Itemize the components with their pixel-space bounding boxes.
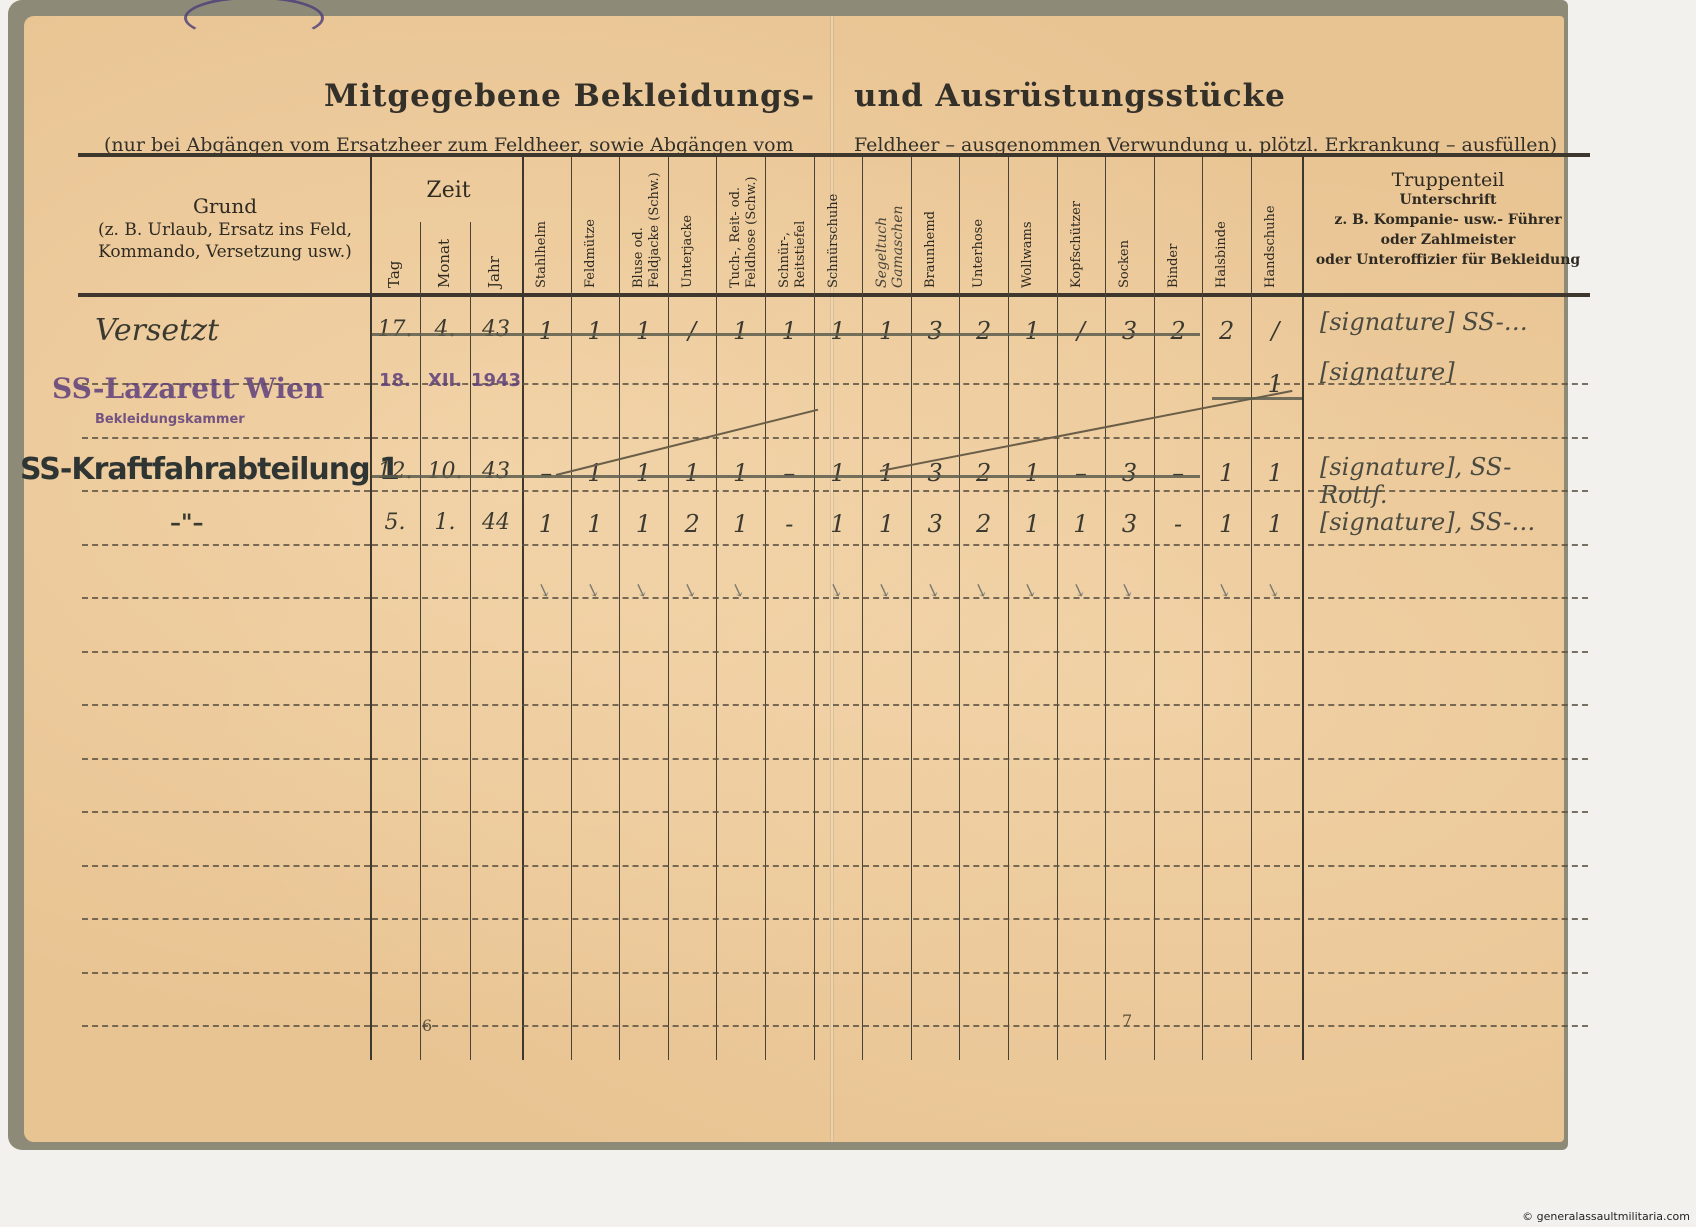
item-divider xyxy=(571,157,572,1060)
entry-quantity: 1 xyxy=(765,317,814,345)
truppenteil-divider xyxy=(1302,157,1304,1060)
row-rule xyxy=(1308,811,1588,813)
row-rule xyxy=(372,972,1300,974)
item-divider xyxy=(1057,157,1058,1060)
row-rule xyxy=(82,1025,370,1027)
entry-grund: Versetzt xyxy=(95,313,219,348)
return-check-icon: ↘ xyxy=(970,578,991,603)
entry-quantity: – xyxy=(765,459,814,487)
entry-quantity: - xyxy=(1154,510,1203,538)
entry-quantity: 1 xyxy=(619,459,668,487)
stamp-lazarett: SS-Lazarett Wien xyxy=(52,372,324,405)
item-divider xyxy=(1154,157,1155,1060)
row-rule xyxy=(82,972,370,974)
entry-quantity: 1 xyxy=(1202,510,1251,538)
entry-quantity: 3 xyxy=(911,510,960,538)
entry-quantity: 2 xyxy=(959,317,1008,345)
entry-quantity: 1 xyxy=(814,317,863,345)
entry-date: 1. xyxy=(420,510,470,535)
truppenteil-signature: [signature], SS-Rottf. xyxy=(1320,453,1564,509)
item-divider xyxy=(619,157,620,1060)
return-check-icon: ↘ xyxy=(1116,578,1137,603)
entry-quantity: 1 xyxy=(814,510,863,538)
entry-quantity: 1 xyxy=(571,510,620,538)
grund-divider xyxy=(370,157,372,1060)
entry-quantity: 1 xyxy=(1251,459,1300,487)
item-divider xyxy=(1105,157,1106,1060)
header-item: Unterhose xyxy=(971,162,987,288)
item-divider xyxy=(814,157,815,1060)
entry-quantity: / xyxy=(1251,317,1300,345)
return-check-icon: ↘ xyxy=(873,578,894,603)
entry-quantity: 3 xyxy=(1105,459,1154,487)
row-rule xyxy=(82,490,370,492)
item-divider xyxy=(765,157,766,1060)
header-item: Binder xyxy=(1166,162,1182,288)
entry-quantity: 1 xyxy=(814,459,863,487)
page-number-right: 7 xyxy=(1122,1011,1132,1030)
page-spread: Mitgegebene Bekleidungs- und Ausrüstungs… xyxy=(24,16,1564,1142)
row-rule xyxy=(82,918,370,920)
header-item: Tuch-, Reit- od. Feldhose (Schw.) xyxy=(728,162,760,288)
row-rule xyxy=(372,865,1300,867)
header-item: Kopfschützer xyxy=(1069,162,1085,288)
entry-quantity: 3 xyxy=(1105,510,1154,538)
item-divider xyxy=(1251,157,1252,1060)
entry-date: 12. xyxy=(370,459,420,484)
entry-date: 17. xyxy=(370,317,420,342)
header-item: Halsbinde xyxy=(1214,162,1230,288)
entry-quantity: 1 xyxy=(522,317,571,345)
entry-quantity: 1 xyxy=(1008,317,1057,345)
truppenteil-signature: [signature], SS-… xyxy=(1320,508,1535,536)
row-rule xyxy=(82,597,370,599)
row-rule xyxy=(82,811,370,813)
row-rule xyxy=(82,544,370,546)
stamp-kraftfahrabteilung: SS-Kraftfahrabteilung 1 xyxy=(20,452,399,487)
row-rule xyxy=(1308,597,1588,599)
entry-quantity: / xyxy=(1057,317,1106,345)
entry-quantity: 1 xyxy=(1057,510,1106,538)
entry-date: 10. xyxy=(420,459,470,484)
row-rule xyxy=(1308,704,1588,706)
row-rule xyxy=(372,437,1300,439)
entry-quantity: / xyxy=(668,317,717,345)
row-rule xyxy=(372,758,1300,760)
entry-quantity: 1 xyxy=(716,510,765,538)
entry-date: 43 xyxy=(470,317,522,342)
row-rule xyxy=(372,918,1300,920)
entry-quantity: – xyxy=(1057,459,1106,487)
entry-quantity: 2 xyxy=(959,459,1008,487)
return-check-icon: ↘ xyxy=(533,578,554,603)
header-truppenteil: TruppenteilUnterschriftz. B. Kompanie- u… xyxy=(1304,170,1592,270)
item-divider xyxy=(716,157,717,1060)
truppenteil-signature: [signature] xyxy=(1320,358,1455,386)
header-zeit-jahr: Jahr xyxy=(486,228,502,288)
entry-date: 44 xyxy=(470,510,522,535)
strike-through-line xyxy=(372,475,1200,478)
return-check-icon: ↘ xyxy=(922,578,943,603)
return-check-icon: ↘ xyxy=(581,578,602,603)
row-rule xyxy=(1308,437,1588,439)
header-item: Handschuhe xyxy=(1263,162,1279,288)
entry-quantity: 2 xyxy=(959,510,1008,538)
entry-quantity: 1 xyxy=(716,317,765,345)
entry-quantity: 1 xyxy=(668,459,717,487)
entry-quantity: 1 xyxy=(1008,459,1057,487)
entry-quantity: 1 xyxy=(1202,459,1251,487)
stamp-bekleidungskammer: Bekleidungskammer xyxy=(95,412,245,427)
header-item: Unterjacke xyxy=(680,162,696,288)
return-check-icon: ↘ xyxy=(630,578,651,603)
entry-quantity: 1 xyxy=(862,317,911,345)
entry-quantity: 2 xyxy=(668,510,717,538)
row-rule xyxy=(372,651,1300,653)
header-item: Segeltuch Gamaschen xyxy=(874,162,906,288)
item-divider xyxy=(1008,157,1009,1060)
row-rule xyxy=(372,704,1300,706)
zeit-divider xyxy=(420,222,421,1060)
item-divider xyxy=(862,157,863,1060)
row-rule xyxy=(1308,972,1588,974)
header-item: Wollwams xyxy=(1020,162,1036,288)
row-rule xyxy=(1308,651,1588,653)
header-zeit-tag: Tag xyxy=(386,228,402,288)
entry-quantity: 1 xyxy=(862,510,911,538)
row-rule xyxy=(1308,758,1588,760)
header-bottom-rule xyxy=(78,293,1590,297)
entry-quantity: 2 xyxy=(1202,317,1251,345)
item-divider xyxy=(959,157,960,1060)
copyright-watermark: © generalassaultmilitaria.com xyxy=(1522,1210,1690,1223)
entry-date: 4. xyxy=(420,317,470,342)
strike-through-line xyxy=(372,333,1200,336)
row-rule xyxy=(1308,918,1588,920)
entry-quantity: 1 xyxy=(571,317,620,345)
return-check-icon: ↘ xyxy=(1067,578,1088,603)
item-divider xyxy=(911,157,912,1060)
entry-quantity: 1 xyxy=(522,510,571,538)
return-check-icon: ↘ xyxy=(1019,578,1040,603)
entry-quantity: - xyxy=(765,510,814,538)
row-rule xyxy=(372,544,1300,546)
header-item: Braunhemd xyxy=(923,162,939,288)
row-rule xyxy=(82,758,370,760)
row-rule xyxy=(372,811,1300,813)
page-number-left: 6 xyxy=(422,1016,432,1035)
row-rule xyxy=(82,651,370,653)
entry-quantity: 1 xyxy=(716,459,765,487)
item-divider xyxy=(668,157,669,1060)
row-rule xyxy=(82,865,370,867)
header-item: Socken xyxy=(1117,162,1133,288)
header-item: Stahlhelm xyxy=(534,162,550,288)
entry-date: 18. xyxy=(370,370,420,391)
entry-quantity: 1 xyxy=(619,510,668,538)
strike-through-line xyxy=(1212,397,1302,400)
zeit-divider xyxy=(470,222,471,1060)
entry-quantity: 3 xyxy=(1105,317,1154,345)
header-item: Bluse od. Feldjacke (Schw.) xyxy=(631,162,663,288)
entry-quantity: 1 xyxy=(862,459,911,487)
header-item: Schnür-, Reitstiefel xyxy=(777,162,809,288)
return-check-icon: ↘ xyxy=(824,578,845,603)
return-check-icon: ↘ xyxy=(679,578,700,603)
entry-quantity: – xyxy=(1154,459,1203,487)
return-check-icon: ↘ xyxy=(1262,578,1283,603)
row-rule xyxy=(1308,544,1588,546)
header-top-rule xyxy=(78,153,1590,157)
row-rule xyxy=(372,1025,1300,1027)
header-item: Feldmütze xyxy=(583,162,599,288)
header-zeit-monat: Monat xyxy=(436,228,452,288)
header-item: Schnürschuhe xyxy=(826,162,842,288)
row-rule xyxy=(82,437,370,439)
entry-quantity: 1 xyxy=(1008,510,1057,538)
entry-date: 1943 xyxy=(470,370,522,391)
row-rule xyxy=(82,704,370,706)
entry-date: XII. xyxy=(420,370,470,391)
stamp-fragment xyxy=(184,0,324,40)
entry-date: 43 xyxy=(470,459,522,484)
item-divider xyxy=(1202,157,1203,1060)
row-rule xyxy=(372,490,1300,492)
row-rule xyxy=(1308,865,1588,867)
entry-date: 5. xyxy=(370,510,420,535)
header-zeit: Zeit xyxy=(372,178,525,203)
zeit-divider xyxy=(522,157,524,1060)
row-rule xyxy=(1308,1025,1588,1027)
entry-quantity: 1 xyxy=(1251,510,1300,538)
entry-quantity: 2 xyxy=(1154,317,1203,345)
entry-grund-ditto: –"– xyxy=(170,510,203,536)
return-check-icon: ↘ xyxy=(1213,578,1234,603)
truppenteil-signature: [signature] SS-… xyxy=(1320,308,1528,336)
entry-quantity: 1 xyxy=(619,317,668,345)
entry-quantity: 3 xyxy=(911,317,960,345)
return-check-icon: ↘ xyxy=(727,578,748,603)
header-grund: Grund(z. B. Urlaub, Ersatz ins Feld,Komm… xyxy=(80,195,370,263)
